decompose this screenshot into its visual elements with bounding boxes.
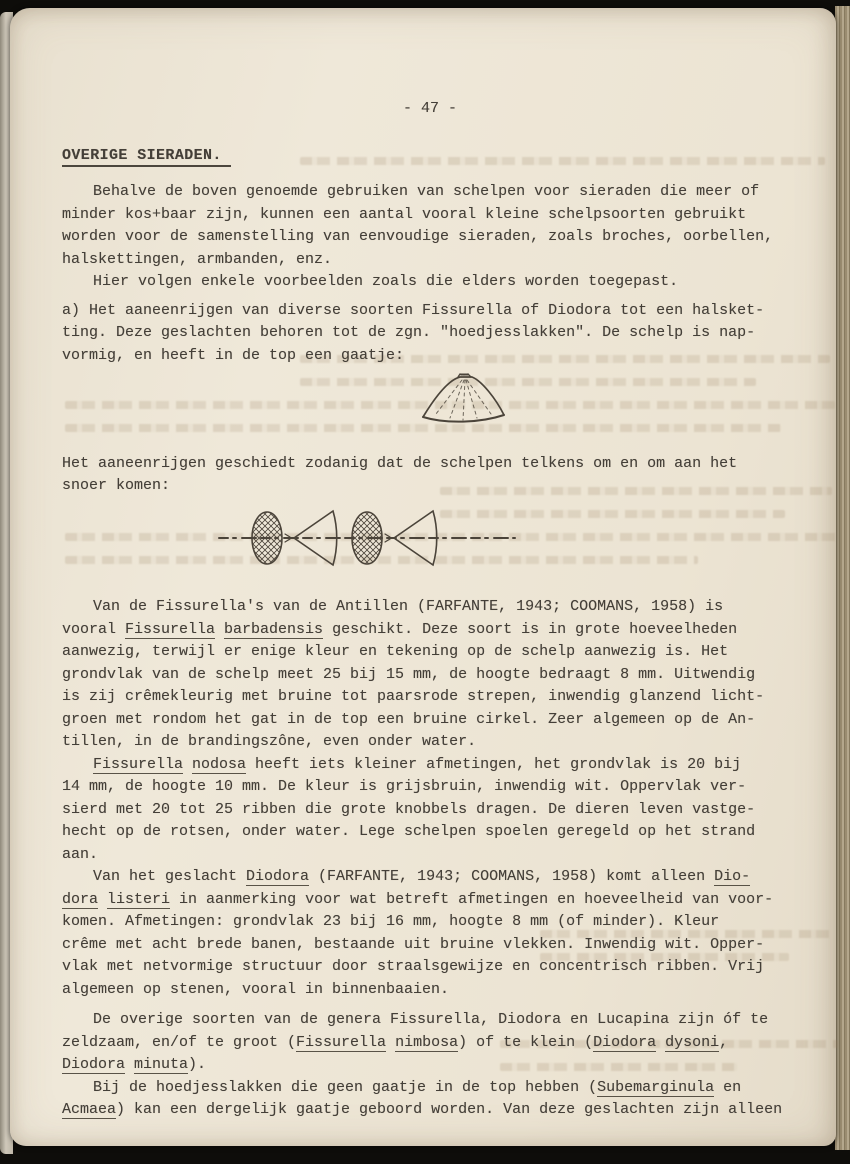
underlined-species-name: listeri [107,891,170,909]
underlined-species-name: nodosa [192,756,246,774]
text-line: minder kos+baar zijn, kunnen een aantal … [62,204,798,227]
document-body: Behalve de boven genoemde gebruiken van … [62,181,798,1122]
text-line: Diodora minuta). [62,1054,798,1077]
underlined-species-name: Dio- [714,868,750,886]
text-line: algemeen op stenen, vooral in binnenbaai… [62,979,798,1002]
shells-strung-on-cord-sketch [217,502,517,572]
paragraph: Van het geslacht Diodora (FARFANTE, 1943… [62,866,798,1001]
underlined-species-name: Fissurella [296,1034,386,1052]
text-line: grondvlak van de schelp meet 25 bij 15 m… [62,664,798,687]
paragraph: De overige soorten van de genera Fissure… [62,1009,798,1077]
underlined-species-name: Diodora [62,1056,125,1074]
paragraph: Het aaneenrijgen geschiedt zodanig dat d… [62,453,798,498]
text-line: dora listeri in aanmerking voor wat betr… [62,889,798,912]
paragraph: Hier volgen enkele voorbeelden zoals die… [62,271,798,294]
text-line: aanwezig, terwijl er enige kleur en teke… [62,641,798,664]
limpet-shell-sketch [414,371,798,435]
text-line: crême met acht brede banen, bestaande ui… [62,934,798,957]
underlined-species-name: dysoni [665,1034,719,1052]
text-line: ting. Deze geslachten behoren tot de zgn… [62,322,798,345]
underlined-species-name: Acmaea [62,1101,116,1119]
underlined-species-name: Fissurella [125,621,215,639]
paragraph: a) Het aaneenrijgen van diverse soorten … [62,300,798,368]
paragraph: Fissurella nodosa heeft iets kleiner afm… [62,754,798,867]
text-line: komen. Afmetingen: grondvlak 23 bij 16 m… [62,911,798,934]
paragraph: Bij de hoedjesslakken die geen gaatje in… [62,1077,798,1122]
text-line: zeldzaam, en/of te groot (Fissurella nim… [62,1032,798,1055]
text-line: a) Het aaneenrijgen van diverse soorten … [62,300,798,323]
text-line: vooral Fissurella barbadensis geschikt. … [62,619,798,642]
text-line: De overige soorten van de genera Fissure… [62,1009,798,1032]
page-number: - 47 - [62,98,798,121]
text-line: worden voor de samenstelling van eenvoud… [62,226,798,249]
text-line: Fissurella nodosa heeft iets kleiner afm… [62,754,798,777]
text-line: Behalve de boven genoemde gebruiken van … [62,181,798,204]
text-line: Het aaneenrijgen geschiedt zodanig dat d… [62,453,798,476]
shells-strung-on-cord-sketch [217,502,798,581]
text-line: is zij crêmekleurig met bruine tot paars… [62,686,798,709]
text-line: 14 mm, de hoogte 10 mm. De kleur is grij… [62,776,798,799]
text-line: Hier volgen enkele voorbeelden zoals die… [62,271,798,294]
text-line: vlak met netvormige structuur door straa… [62,956,798,979]
book-page-stack-edge-right [835,6,850,1150]
underlined-species-name: Diodora [246,868,309,886]
text-line: groen met rondom het gat in de top een b… [62,709,798,732]
text-line: Van het geslacht Diodora (FARFANTE, 1943… [62,866,798,889]
text-line: snoer komen: [62,475,798,498]
bleedthrough-text-artifact [300,157,825,180]
underlined-species-name: nimbosa [395,1034,458,1052]
text-line: aan. [62,844,798,867]
paragraph: Van de Fissurella's van de Antillen (FAR… [62,596,798,754]
limpet-shell-sketch [414,371,510,426]
section-heading-text: OVERIGE SIERADEN. [62,147,231,167]
text-line: Van de Fissurella's van de Antillen (FAR… [62,596,798,619]
text-line: Acmaea) kan een dergelijk gaatje geboord… [62,1099,798,1122]
text-line: sierd met 20 tot 25 ribben die grote kno… [62,799,798,822]
text-line: hecht op de rotsen, onder water. Lege sc… [62,821,798,844]
text-line: tillen, in de brandingszône, even onder … [62,731,798,754]
underlined-species-name: minuta [134,1056,188,1074]
underlined-species-name: Fissurella [93,756,183,774]
underlined-species-name: Diodora [593,1034,656,1052]
underlined-species-name: dora [62,891,98,909]
text-line: Bij de hoedjesslakken die geen gaatje in… [62,1077,798,1100]
text-line: halskettingen, armbanden, enz. [62,249,798,272]
underlined-species-name: Subemarginula [597,1079,714,1097]
photo-background: - 47 - OVERIGE SIERADEN. Behalve de bove… [0,0,850,1164]
paragraph: Behalve de boven genoemde gebruiken van … [62,181,798,271]
text-line: vormig, en heeft in de top een gaatje: [62,345,798,368]
scanned-page: - 47 - OVERIGE SIERADEN. Behalve de bove… [10,8,836,1146]
underlined-species-name: barbadensis [224,621,323,639]
